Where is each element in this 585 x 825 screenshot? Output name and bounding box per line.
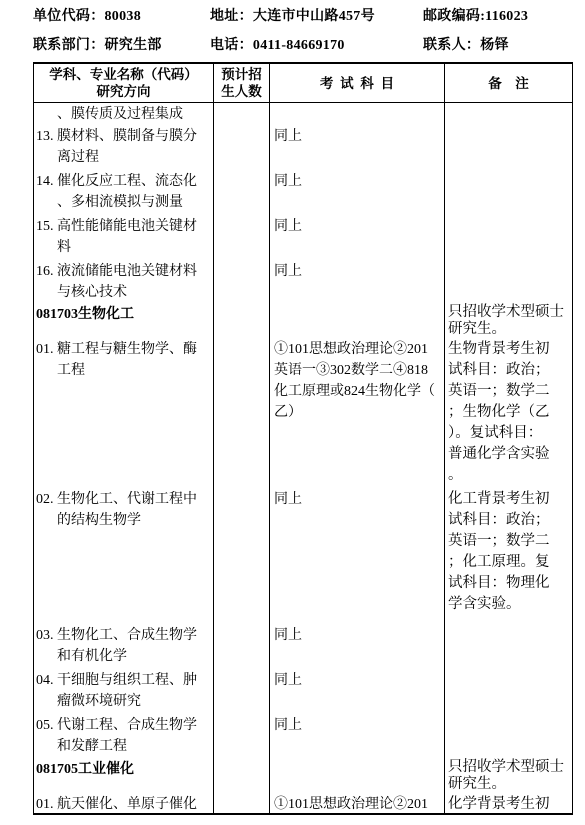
- text-line: 料: [36, 237, 211, 258]
- text-line: 14. 催化反应工程、流态化: [36, 171, 211, 192]
- text-line: 、膜传质及过程集成: [36, 104, 211, 125]
- major-cell: 081703生物化工: [34, 303, 213, 338]
- quota-cell: [213, 338, 269, 488]
- header-exam: 考 试 科 目: [269, 64, 444, 102]
- text-line: 081705工业催化: [36, 759, 211, 780]
- postal-code: 邮政编码:116023: [423, 5, 528, 25]
- quota-cell: [213, 793, 269, 813]
- header-note-label: 备 注: [488, 75, 529, 92]
- table-row: 02. 生物化工、代谢工程中的结构生物学同上化工背景考生初试科目：政治；英语一；…: [34, 488, 572, 624]
- text-line: ；化工原理。复: [448, 552, 570, 573]
- exam-cell: [269, 758, 444, 793]
- header-exam-label: 考 试 科 目: [320, 75, 394, 92]
- text-line: ①101思想政治理论②201: [274, 794, 442, 813]
- header-major: 学科、专业名称（代码） 研究方向: [34, 64, 213, 102]
- text-line: 02. 生物化工、代谢工程中: [36, 489, 211, 510]
- text-line: 普通化学含实验: [448, 444, 570, 465]
- major-cell: 16. 液流储能电池关键材料与核心技术: [34, 260, 213, 303]
- text-line: 13. 膜材料、膜制备与膜分: [36, 126, 211, 147]
- contact-person: 联系人：杨铎: [423, 34, 509, 54]
- table-row: 、膜传质及过程集成: [34, 103, 572, 125]
- text-line: 研究生。: [448, 776, 570, 793]
- quota-cell: [213, 669, 269, 714]
- major-cell: 、膜传质及过程集成: [34, 103, 213, 125]
- major-cell: 01. 糖工程与糖生物学、酶工程: [34, 338, 213, 488]
- text-line: ；生物化学（乙: [448, 402, 570, 423]
- text-line: 同上: [274, 261, 442, 282]
- note-cell: 化学背景考生初: [444, 793, 572, 813]
- note-cell: [444, 260, 572, 303]
- quota-cell: [213, 758, 269, 793]
- table-row-section: 081705工业催化只招收学术型硕士研究生。: [34, 758, 572, 793]
- text-line: 试科目：政治；: [448, 510, 570, 531]
- note-cell: [444, 624, 572, 669]
- header-major-line2: 研究方向: [97, 83, 151, 100]
- major-cell: 14. 催化反应工程、流态化、多相流模拟与测量: [34, 170, 213, 215]
- text-line: 081703生物化工: [36, 304, 211, 325]
- text-line: 01. 糖工程与糖生物学、酶: [36, 339, 211, 360]
- text-line: 英语一③302数学二④818: [274, 360, 442, 381]
- header-quota: 预计招 生人数: [213, 64, 269, 102]
- exam-cell: 同上: [269, 215, 444, 260]
- text-line: 同上: [274, 715, 442, 736]
- text-line: 化学背景考生初: [448, 794, 570, 813]
- table-row: 01. 航天催化、单原子催化①101思想政治理论②201化学背景考生初: [34, 793, 572, 813]
- text-line: 瘤微环境研究: [36, 691, 211, 712]
- text-line: 同上: [274, 171, 442, 192]
- table-row: 16. 液流储能电池关键材料与核心技术同上: [34, 260, 572, 303]
- text-line: 05. 代谢工程、合成生物学: [36, 715, 211, 736]
- exam-cell: ①101思想政治理论②201: [269, 793, 444, 813]
- text-line: 研究生。: [448, 321, 570, 338]
- note-cell: [444, 125, 572, 170]
- note-cell: [444, 103, 572, 125]
- table-body: 、膜传质及过程集成13. 膜材料、膜制备与膜分离过程同上14. 催化反应工程、流…: [34, 103, 572, 813]
- note-cell: 化工背景考生初试科目：政治；英语一；数学二；化工原理。复试科目：物理化学含实验。: [444, 488, 572, 624]
- table-row: 15. 高性能储能电池关键材料同上: [34, 215, 572, 260]
- note-cell: [444, 170, 572, 215]
- quota-cell: [213, 714, 269, 758]
- note-cell: [444, 714, 572, 758]
- text-line: 工程: [36, 360, 211, 381]
- exam-cell: 同上: [269, 669, 444, 714]
- text-line: 和发酵工程: [36, 736, 211, 757]
- document-page: 单位代码：80038 地址：大连市中山路457号 邮政编码:116023 联系部…: [0, 0, 585, 825]
- text-line: 只招收学术型硕士: [448, 759, 570, 776]
- text-line: ）。复试科目：: [448, 423, 570, 444]
- major-cell: 13. 膜材料、膜制备与膜分离过程: [34, 125, 213, 170]
- major-cell: 02. 生物化工、代谢工程中的结构生物学: [34, 488, 213, 624]
- quota-cell: [213, 103, 269, 125]
- exam-cell: [269, 303, 444, 338]
- text-line: 同上: [274, 489, 442, 510]
- note-cell: [444, 669, 572, 714]
- table-row: 05. 代谢工程、合成生物学和发酵工程同上: [34, 714, 572, 758]
- exam-cell: 同上: [269, 125, 444, 170]
- major-cell: 15. 高性能储能电池关键材料: [34, 215, 213, 260]
- text-line: 乙）: [274, 402, 442, 423]
- exam-cell: 同上: [269, 488, 444, 624]
- quota-cell: [213, 624, 269, 669]
- text-line: 英语一；数学二: [448, 381, 570, 402]
- header-note: 备 注: [444, 64, 572, 102]
- exam-cell: ①101思想政治理论②201英语一③302数学二④818化工原理或824生物化学…: [269, 338, 444, 488]
- table-row-section: 081703生物化工只招收学术型硕士研究生。: [34, 303, 572, 338]
- unit-code: 单位代码：80038: [33, 5, 141, 25]
- table-row: 01. 糖工程与糖生物学、酶工程①101思想政治理论②201英语一③302数学二…: [34, 338, 572, 488]
- quota-cell: [213, 215, 269, 260]
- text-line: 03. 生物化工、合成生物学: [36, 625, 211, 646]
- header-quota-line2: 生人数: [221, 83, 262, 100]
- text-line: 01. 航天催化、单原子催化: [36, 794, 211, 813]
- exam-cell: 同上: [269, 260, 444, 303]
- text-line: 离过程: [36, 147, 211, 168]
- text-line: 学含实验。: [448, 594, 570, 615]
- text-line: 化工背景考生初: [448, 489, 570, 510]
- exam-cell: 同上: [269, 170, 444, 215]
- quota-cell: [213, 488, 269, 624]
- quota-cell: [213, 125, 269, 170]
- exam-cell: 同上: [269, 714, 444, 758]
- text-line: 。: [448, 465, 570, 486]
- quota-cell: [213, 260, 269, 303]
- text-line: 试科目：物理化: [448, 573, 570, 594]
- text-line: 04. 干细胞与组织工程、肿: [36, 670, 211, 691]
- exam-cell: 同上: [269, 624, 444, 669]
- table-row: 13. 膜材料、膜制备与膜分离过程同上: [34, 125, 572, 170]
- text-line: 化工原理或824生物化学（: [274, 381, 442, 402]
- text-line: 同上: [274, 670, 442, 691]
- text-line: 同上: [274, 126, 442, 147]
- note-cell: 只招收学术型硕士研究生。: [444, 303, 572, 338]
- table-row: 14. 催化反应工程、流态化、多相流模拟与测量同上: [34, 170, 572, 215]
- header-major-line1: 学科、专业名称（代码）: [49, 66, 198, 83]
- table-header-row: 学科、专业名称（代码） 研究方向 预计招 生人数 考 试 科 目 备 注: [34, 64, 572, 103]
- major-cell: 081705工业催化: [34, 758, 213, 793]
- contact-info-block: 单位代码：80038 地址：大连市中山路457号 邮政编码:116023 联系部…: [0, 0, 585, 62]
- admissions-table: 学科、专业名称（代码） 研究方向 预计招 生人数 考 试 科 目 备 注 、膜传…: [33, 62, 573, 815]
- text-line: ①101思想政治理论②201: [274, 339, 442, 360]
- note-cell: 只招收学术型硕士研究生。: [444, 758, 572, 793]
- text-line: 英语一；数学二: [448, 531, 570, 552]
- text-line: 同上: [274, 625, 442, 646]
- text-line: 只招收学术型硕士: [448, 304, 570, 321]
- note-cell: [444, 215, 572, 260]
- address: 地址：大连市中山路457号: [210, 5, 375, 25]
- major-cell: 03. 生物化工、合成生物学和有机化学: [34, 624, 213, 669]
- exam-cell: [269, 103, 444, 125]
- table-row: 03. 生物化工、合成生物学和有机化学同上: [34, 624, 572, 669]
- text-line: 、多相流模拟与测量: [36, 192, 211, 213]
- text-line: 试科目：政治；: [448, 360, 570, 381]
- text-line: 生物背景考生初: [448, 339, 570, 360]
- major-cell: 04. 干细胞与组织工程、肿瘤微环境研究: [34, 669, 213, 714]
- contact-department: 联系部门：研究生部: [33, 34, 162, 54]
- text-line: 16. 液流储能电池关键材料: [36, 261, 211, 282]
- note-cell: 生物背景考生初试科目：政治；英语一；数学二；生物化学（乙）。复试科目：普通化学含…: [444, 338, 572, 488]
- text-line: 和有机化学: [36, 646, 211, 667]
- text-line: 与核心技术: [36, 282, 211, 303]
- table-row: 04. 干细胞与组织工程、肿瘤微环境研究同上: [34, 669, 572, 714]
- major-cell: 05. 代谢工程、合成生物学和发酵工程: [34, 714, 213, 758]
- quota-cell: [213, 303, 269, 338]
- major-cell: 01. 航天催化、单原子催化: [34, 793, 213, 813]
- header-quota-line1: 预计招: [221, 66, 262, 83]
- text-line: 15. 高性能储能电池关键材: [36, 216, 211, 237]
- quota-cell: [213, 170, 269, 215]
- text-line: 同上: [274, 216, 442, 237]
- phone: 电话：0411-84669170: [210, 34, 345, 54]
- text-line: 的结构生物学: [36, 510, 211, 531]
